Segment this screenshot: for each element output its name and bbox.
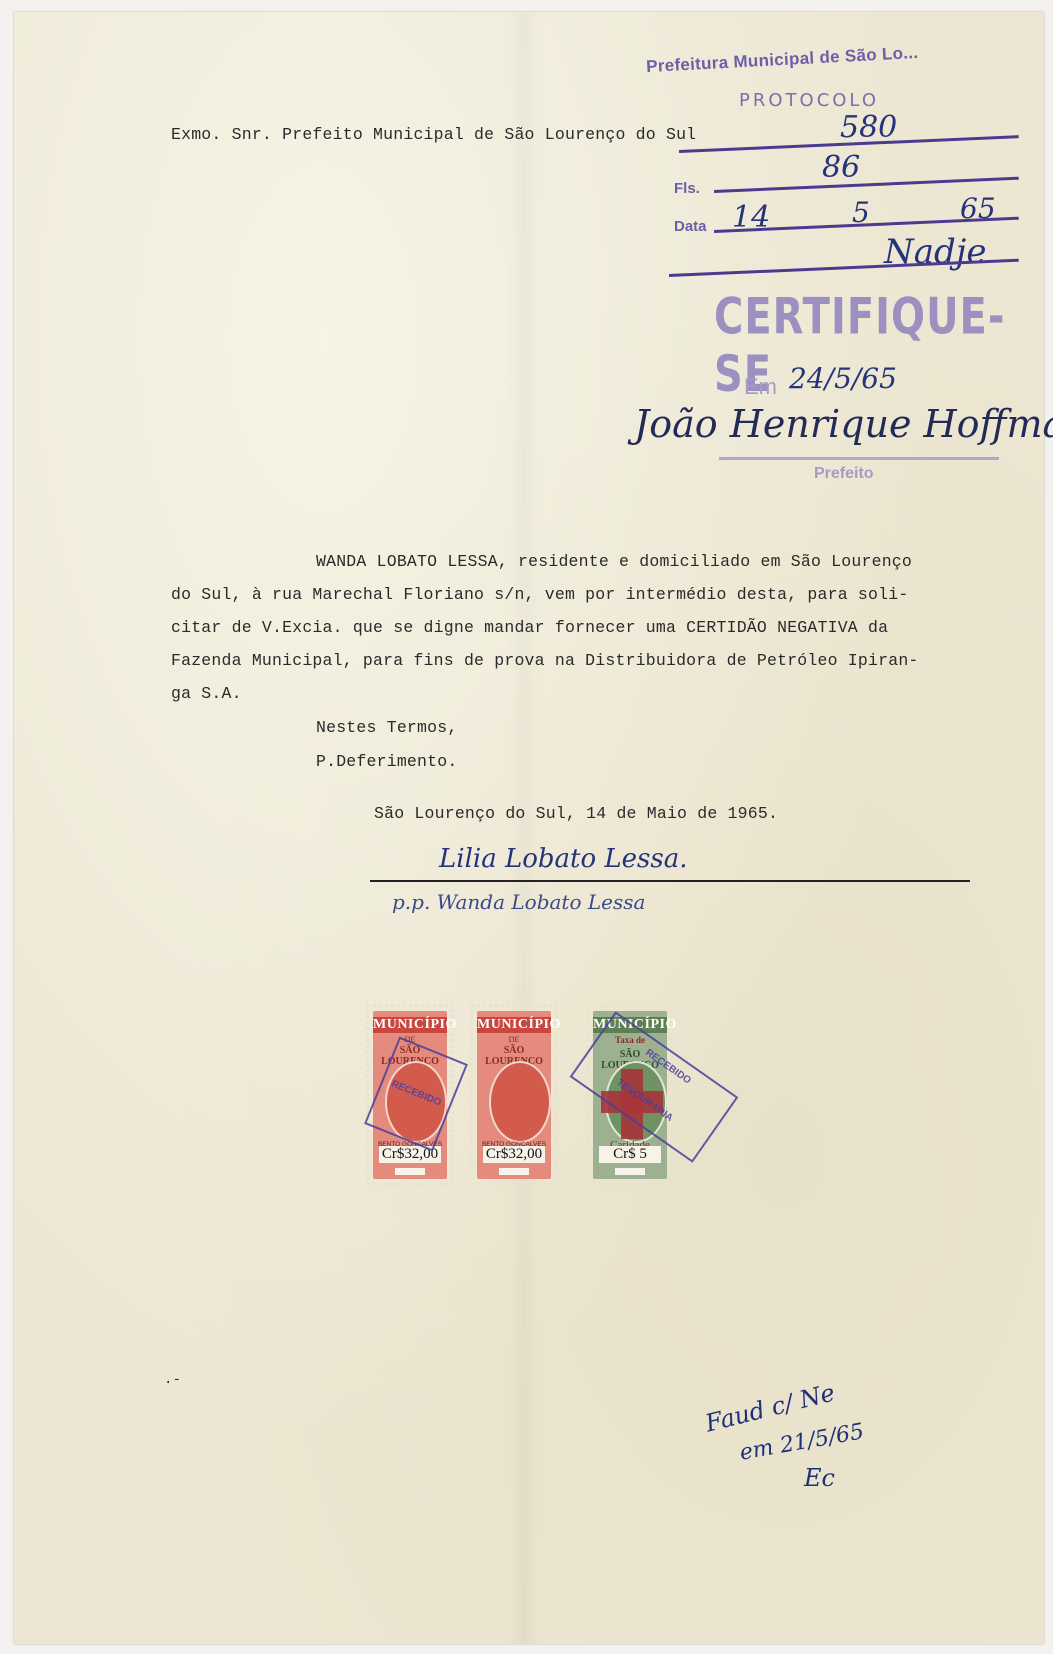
closing-nestes-termos: Nestes Termos,	[316, 718, 457, 737]
decision-date-prefix: Em	[744, 374, 777, 400]
body-line-5: ga S.A.	[171, 684, 242, 703]
stamp-de: DE	[477, 1035, 551, 1044]
stamp-value-bar	[499, 1168, 529, 1175]
mayor-title: Prefeito	[814, 465, 874, 483]
mayor-signature-rule	[719, 457, 999, 460]
protocol-label: PROTOCOLO	[739, 90, 879, 111]
end-mark: .-	[164, 1372, 181, 1388]
portrait-icon	[489, 1061, 551, 1143]
date-label: Data	[674, 218, 707, 235]
folio-label: Fls.	[674, 180, 700, 197]
revenue-stamp-2: MUNICÍPIO DE SÃO LOURENÇO BENTO GONÇALVE…	[470, 1004, 558, 1186]
signature-line	[370, 880, 970, 882]
folio-number: 86	[822, 150, 860, 185]
applicant-signature: Lilia Lobato Lessa.	[439, 844, 688, 874]
stamp-value-bar	[395, 1168, 425, 1175]
footer-initials: Ec	[804, 1464, 835, 1492]
closing-deferimento: P.Deferimento.	[316, 752, 457, 771]
document-page: Prefeitura Municipal de São Lo... PROTOC…	[14, 12, 1044, 1644]
decision-date: 24/5/65	[789, 362, 897, 395]
body-line-3: citar de V.Excia. que se digne mandar fo…	[171, 618, 888, 637]
protocol-number: 580	[840, 110, 897, 145]
stamp-title: MUNICÍPIO	[477, 1017, 551, 1033]
protocol-rule-2	[714, 177, 1019, 193]
addressee-line: Exmo. Snr. Prefeito Municipal de São Lou…	[171, 125, 696, 144]
place-date: São Lourenço do Sul, 14 de Maio de 1965.	[374, 804, 778, 823]
body-line-1: WANDA LOBATO LESSA, residente e domicili…	[316, 552, 912, 571]
on-behalf-signature: p.p. Wanda Lobato Lessa	[392, 890, 645, 914]
footer-annotation-2: em 21/5/65	[738, 1419, 866, 1465]
stamp-title: MUNICÍPIO	[373, 1017, 447, 1033]
mayor-signature: João Henrique Hoffmann	[634, 402, 1053, 446]
stamp-value: Cr$ 5	[599, 1146, 661, 1163]
stamp-value-bar	[615, 1168, 645, 1175]
body-line-4: Fazenda Municipal, para fins de prova na…	[171, 651, 919, 670]
stamp-value: Cr$32,00	[483, 1146, 545, 1163]
body-line-2: do Sul, à rua Marechal Floriano s/n, vem…	[171, 585, 908, 604]
prefeitura-stamp: Prefeitura Municipal de São Lo...	[646, 43, 919, 77]
